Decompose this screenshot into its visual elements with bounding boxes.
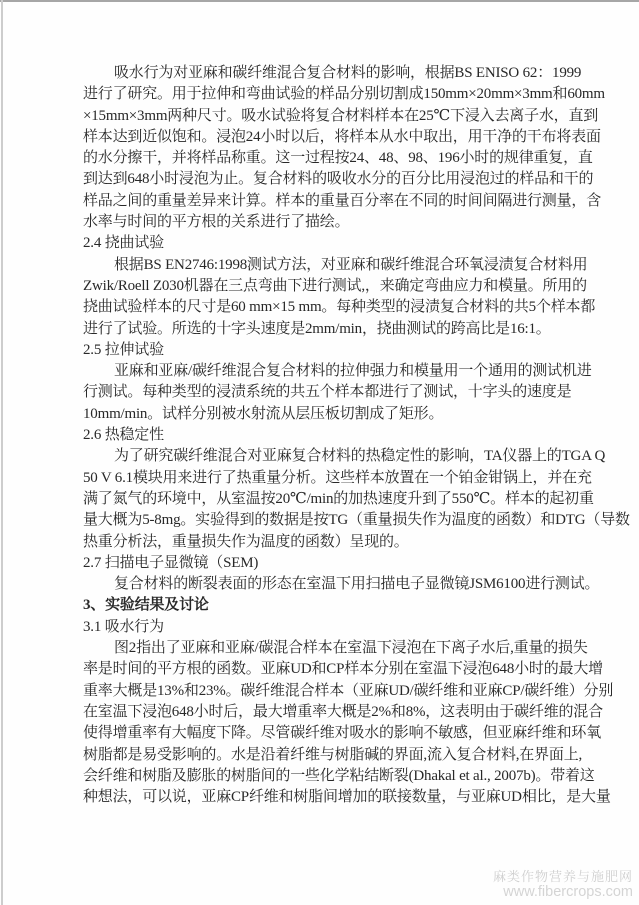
text-line: 2.7 扫描电子显微镜（SEM) [83, 553, 584, 574]
text-line: 满了氮气的环境中，从室温按20℃/min的加热速度升到了550℃。样本的起初重 [83, 489, 584, 510]
text-line: 为了研究碳纤维混合对亚麻复合材料的热稳定性的影响，TA仪器上的TGA Q [83, 446, 584, 467]
watermark-url: www.fibercrops.com [493, 884, 633, 900]
text-line: 3、实验结果及讨论 [83, 595, 584, 616]
text-line: 重率大概是13%和23%。碳纤维混合样本（亚麻UD/碳纤维和亚麻CP/碳纤维）分… [83, 681, 584, 702]
text-line: 热重分析法，重量损失作为温度的函数）呈现的。 [83, 532, 584, 553]
text-line: Zwik/Roell Z030机器在三点弯曲下进行测试,，来确定弯曲应力和模量。… [83, 276, 584, 297]
text-line: 进行了试验。所选的十字头速度是2mm/min，挠曲测试的跨高比是16:1。 [83, 319, 584, 340]
text-line: 亚麻和亚麻/碳纤维混合复合材料的拉伸强力和模量用一个通用的测试机进 [83, 361, 584, 382]
text-line: 3.1 吸水行为 [83, 617, 584, 638]
scan-edge-top [0, 0, 639, 2]
page: 吸水行为对亚麻和碳纤维混合复合材料的影响，根据BS ENISO 62：1999 … [0, 0, 639, 905]
text-line: 种想法，可以说，亚麻CP纤维和树脂间增加的联接数量，与亚麻UD相比，是大量 [83, 787, 584, 808]
document-text: 吸水行为对亚麻和碳纤维混合复合材料的影响，根据BS ENISO 62：1999 … [83, 63, 584, 808]
text-line: 使得增重率有大幅度下降。尽管碳纤维对吸水的影响不敏感，但亚麻纤维和环氧 [83, 723, 584, 744]
text-line: 样本达到近似饱和。浸泡24小时以后，将样本从水中取出，用干净的干布将表面 [83, 127, 584, 148]
scan-edge-left [1, 0, 3, 905]
text-line: 会纤维和树脂及膨胀的树脂间的一些化学粘结断裂(Dhakal et al., 20… [83, 766, 584, 787]
text-line: 2.4 挠曲试验 [83, 233, 584, 254]
text-line: 量大概为5-8mg。实验得到的数据是按TG（重量损失作为温度的函数）和DTG（导… [83, 510, 584, 531]
text-line: 2.6 热稳定性 [83, 425, 584, 446]
text-line: 样品之间的重量差异来计算。样本的重量百分率在不同的时间间隔进行测量，含 [83, 191, 584, 212]
text-line: 2.5 拉伸试验 [83, 340, 584, 361]
text-line: 水率与时间的平方根的关系进行了描绘。 [83, 212, 584, 233]
text-line: 树脂都是易受影响的。水是沿着纤维与树脂碱的界面,流入复合材料,在界面上, [83, 745, 584, 766]
text-line: 吸水行为对亚麻和碳纤维混合复合材料的影响，根据BS ENISO 62：1999 [83, 63, 584, 84]
watermark-site-name: 麻类作物营养与施肥网 [493, 869, 633, 884]
text-line: 50 V 6.1模块用来进行了热重量分析。这些样本放置在一个铂金钳锅上，并在充 [83, 468, 584, 489]
text-line: 到达到648小时浸泡为止。复合材料的吸收水分的百分比用浸泡过的样品和干的 [83, 169, 584, 190]
text-line: 根据BS EN2746:1998测试方法，对亚麻和碳纤维混合环氧浸渍复合材料用 [83, 255, 584, 276]
text-line: ×15mm×3mm两种尺寸。吸水试验将复合材料样本在25℃下浸入去离子水，直到 [83, 106, 584, 127]
text-line: 进行了研究。用于拉伸和弯曲试验的样品分别切割成150mm×20mm×3mm和60… [83, 84, 584, 105]
text-line: 在室温下浸泡648小时后，最大增重率大概是2%和8%，这表明由于碳纤维的混合 [83, 702, 584, 723]
text-line: 挠曲试验样本的尺寸是60 mm×15 mm。每种类型的浸渍复合材料的共5个样本都 [83, 297, 584, 318]
text-line: 复合材料的断裂表面的形态在室温下用扫描电子显微镜JSM6100进行测试。 [83, 574, 584, 595]
text-line: 的水分擦干，并将样品称重。这一过程按24、48、98、196小时的规律重复，直 [83, 148, 584, 169]
watermark: 麻类作物营养与施肥网 www.fibercrops.com [493, 869, 633, 900]
text-line: 10mm/min。试样分别被水射流从层压板切割成了矩形。 [83, 404, 584, 425]
text-line: 率是时间的平方根的函数。亚麻UD和CP样本分别在室温下浸泡648小时的最大增 [83, 659, 584, 680]
text-line: 行测试。每种类型的浸渍系统的共五个样本都进行了测试，十字头的速度是 [83, 382, 584, 403]
text-line: 图2指出了亚麻和亚麻/碳混合样本在室温下浸泡在下离子水后,重量的损失 [83, 638, 584, 659]
